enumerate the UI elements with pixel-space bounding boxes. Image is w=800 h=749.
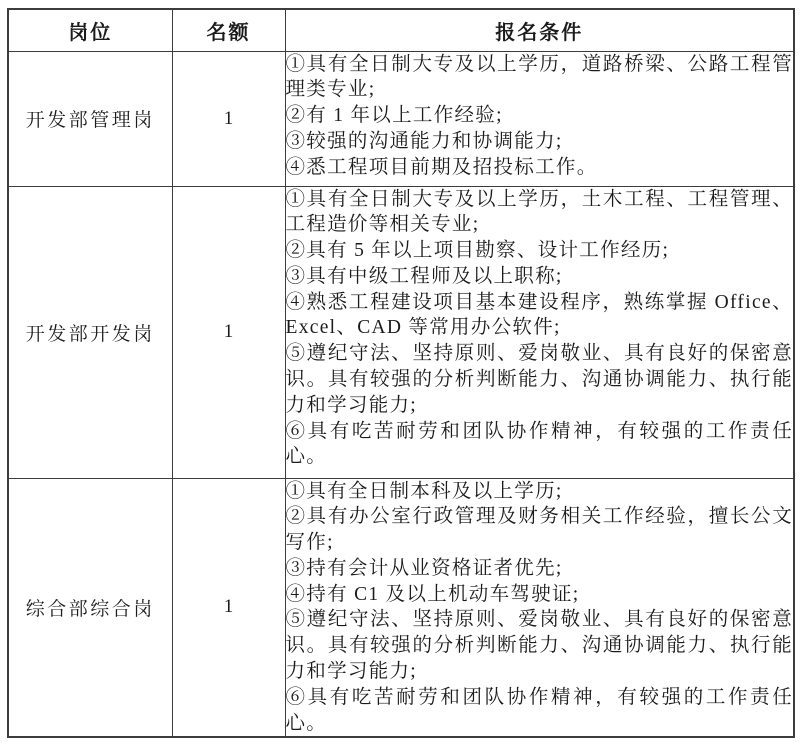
quota-cell: 1 [172,51,285,186]
conditions-cell: ①具有全日制本科及以上学历; ②具有办公室行政管理及财务相关工作经验，擅长公文写… [285,478,794,737]
position-cell: 开发部开发岗 [8,186,172,478]
header-position: 岗位 [8,9,172,51]
condition-line: ④悉工程项目前期及招投标工作。 [286,155,794,181]
quota-cell: 1 [172,186,285,478]
condition-line: ③具有中级工程师及以上职称; [286,264,794,290]
conditions-cell: ①具有全日制大专及以上学历，道路桥梁、公路工程管理类专业; ②有 1 年以上工作… [285,51,794,186]
condition-line: ③较强的沟通能力和协调能力; [286,129,794,155]
condition-line: ⑤遵纪守法、坚持原则、爱岗敬业、具有良好的保密意识。具有较强的分析判断能力、沟通… [286,607,794,684]
table-header-row: 岗位 名额 报名条件 [8,9,794,51]
condition-line: ②有 1 年以上工作经验; [286,103,794,129]
header-quota: 名额 [172,9,285,51]
quota-cell: 1 [172,478,285,737]
position-cell: 综合部综合岗 [8,478,172,737]
header-conditions: 报名条件 [285,9,794,51]
condition-line: ③持有会计从业资格证者优先; [286,556,794,582]
condition-line: ⑤遵纪守法、坚持原则、爱岗敬业、具有良好的保密意识。具有较强的分析判断能力、沟通… [286,341,794,418]
table-row: 综合部综合岗 1 ①具有全日制本科及以上学历; ②具有办公室行政管理及财务相关工… [8,478,794,737]
condition-line: ④熟悉工程建设项目基本建设程序，熟练掌握 Office、Excel、CAD 等常… [286,290,794,342]
condition-line: ⑥具有吃苦耐劳和团队协作精神，有较强的工作责任心。 [286,685,794,737]
condition-line: ④持有 C1 及以上机动车驾驶证; [286,582,794,608]
document-page: 岗位 名额 报名条件 开发部管理岗 1 ①具有全日制大专及以上学历，道路桥梁、公… [0,0,800,749]
recruitment-table: 岗位 名额 报名条件 开发部管理岗 1 ①具有全日制大专及以上学历，道路桥梁、公… [7,8,795,738]
position-cell: 开发部管理岗 [8,51,172,186]
condition-line: ①具有全日制本科及以上学历; [286,479,794,505]
condition-line: ②具有办公室行政管理及财务相关工作经验，擅长公文写作; [286,504,794,556]
condition-line: ①具有全日制大专及以上学历，道路桥梁、公路工程管理类专业; [286,52,794,104]
table-row: 开发部管理岗 1 ①具有全日制大专及以上学历，道路桥梁、公路工程管理类专业; ②… [8,51,794,186]
table-row: 开发部开发岗 1 ①具有全日制大专及以上学历，土木工程、工程管理、工程造价等相关… [8,186,794,478]
condition-line: ⑥具有吃苦耐劳和团队协作精神，有较强的工作责任心。 [286,419,794,471]
conditions-cell: ①具有全日制大专及以上学历，土木工程、工程管理、工程造价等相关专业; ②具有 5… [285,186,794,478]
condition-line: ①具有全日制大专及以上学历，土木工程、工程管理、工程造价等相关专业; [286,187,794,239]
condition-line: ②具有 5 年以上项目勘察、设计工作经历; [286,238,794,264]
